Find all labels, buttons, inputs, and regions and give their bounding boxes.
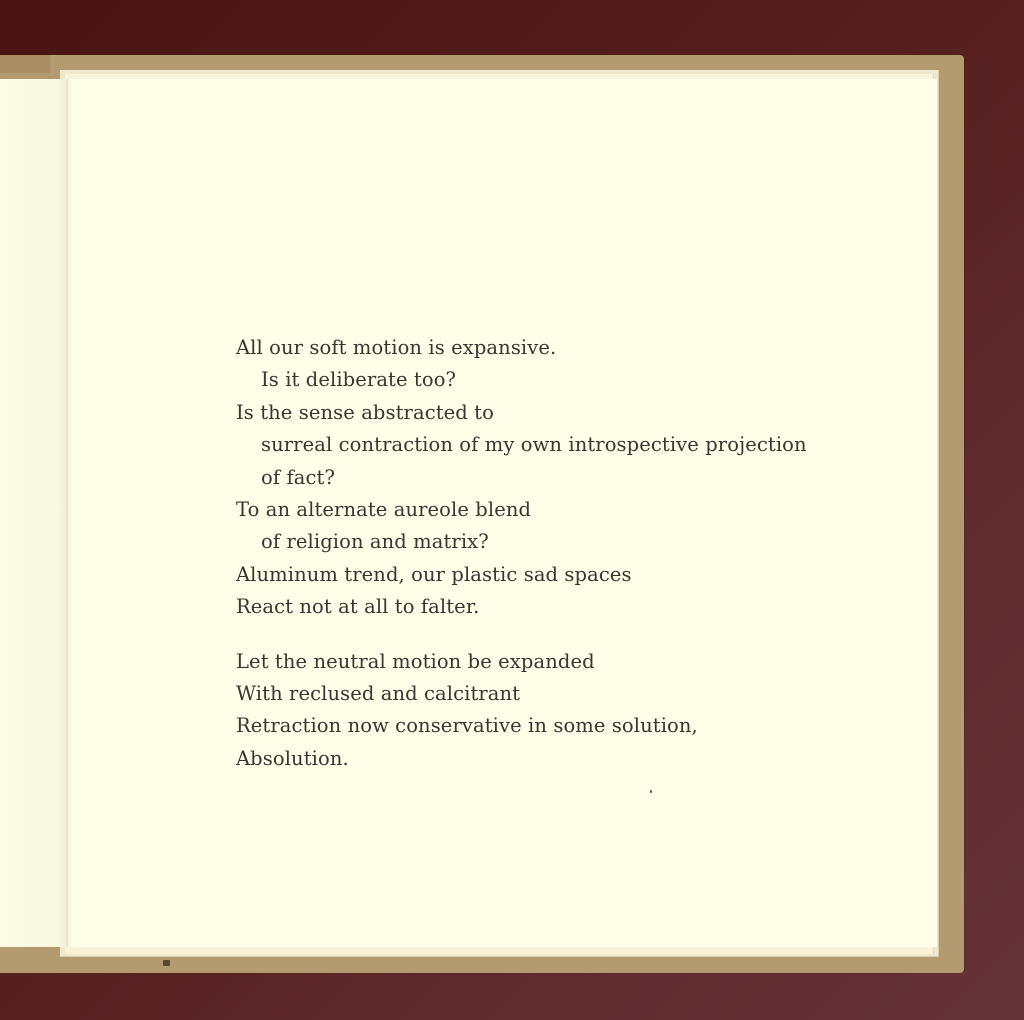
poem-line: Is it deliberate too? [236,364,807,396]
paper-speck [650,790,652,793]
poem-line: Let the neutral motion be expanded [236,646,807,678]
poem-line: surreal contraction of my own introspect… [236,429,807,461]
stanza-1: All our soft motion is expansive. Is it … [236,332,807,624]
poem-line: Absolution. [236,743,807,775]
board-stain [163,960,170,966]
poem-line: To an alternate aureole blend [236,494,807,526]
stanza-break [236,624,807,646]
book-cover-edge [0,55,50,73]
poem-line: of fact? [236,462,807,494]
poem-line: of religion and matrix? [236,526,807,558]
stanza-2: Let the neutral motion be expanded With … [236,646,807,776]
poem-line: All our soft motion is expansive. [236,332,807,364]
left-page [0,79,68,947]
book-gutter [66,79,72,947]
poem-line: Aluminum trend, our plastic sad spaces [236,559,807,591]
poem: All our soft motion is expansive. Is it … [236,332,807,775]
poem-line: With reclused and calcitrant [236,678,807,710]
poem-line: Retraction now conservative in some solu… [236,710,807,742]
poem-line: Is the sense abstracted to [236,397,807,429]
poem-line: React not at all to falter. [236,591,807,623]
